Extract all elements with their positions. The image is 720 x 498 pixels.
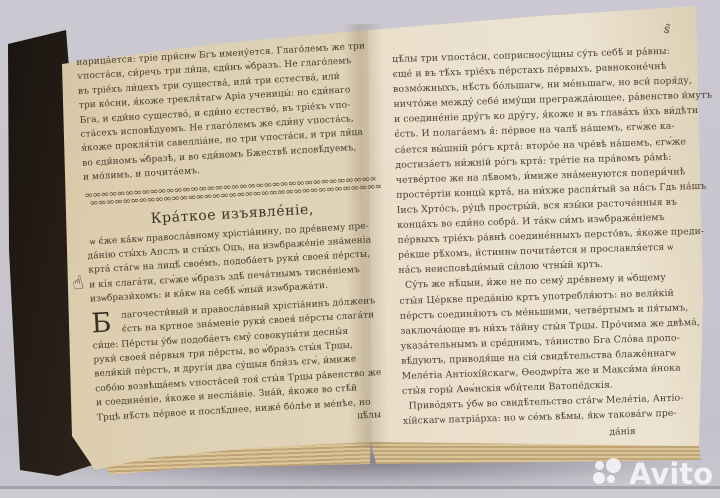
drop-cap-initial: Б xyxy=(91,310,112,337)
left-page-text: нарица́ется: тріе при́снѡ Бгъ имену́ется… xyxy=(76,39,391,436)
right-page-text: цѣ́лы три ѵпоста́си, соприсносу́щны су́т… xyxy=(392,43,705,429)
left-intro-paragraph: ѡ є́же ка́кѡ правосла́вному хрістіа́нину… xyxy=(86,218,384,307)
table-front-surface xyxy=(0,489,720,498)
avito-logo-dot xyxy=(595,461,604,470)
avito-watermark-text: Avito xyxy=(629,458,713,490)
avito-watermark: Avito xyxy=(592,458,713,490)
photo-of-antique-book: нарица́ется: тріе при́снѡ Бгъ имену́ется… xyxy=(0,0,720,498)
right-page-lines: цѣ́лы три ѵпоста́си, соприсносу́щны су́т… xyxy=(392,43,705,429)
right-catchword: да́нія xyxy=(609,426,636,438)
avito-four-dots-logo-icon xyxy=(592,458,626,490)
left-top-paragraph: нарица́ется: тріе при́снѡ Бгъ имену́ется… xyxy=(76,39,377,185)
avito-logo-dot xyxy=(607,475,615,483)
left-body-paragraph: Б лагочести́вый и правосла́вный хрістіа́… xyxy=(91,293,391,425)
avito-logo-dot xyxy=(593,472,605,484)
avito-logo-dot xyxy=(606,458,621,473)
left-body-lines: лагочести́вый и правосла́вный хрістіа́ни… xyxy=(91,293,391,425)
